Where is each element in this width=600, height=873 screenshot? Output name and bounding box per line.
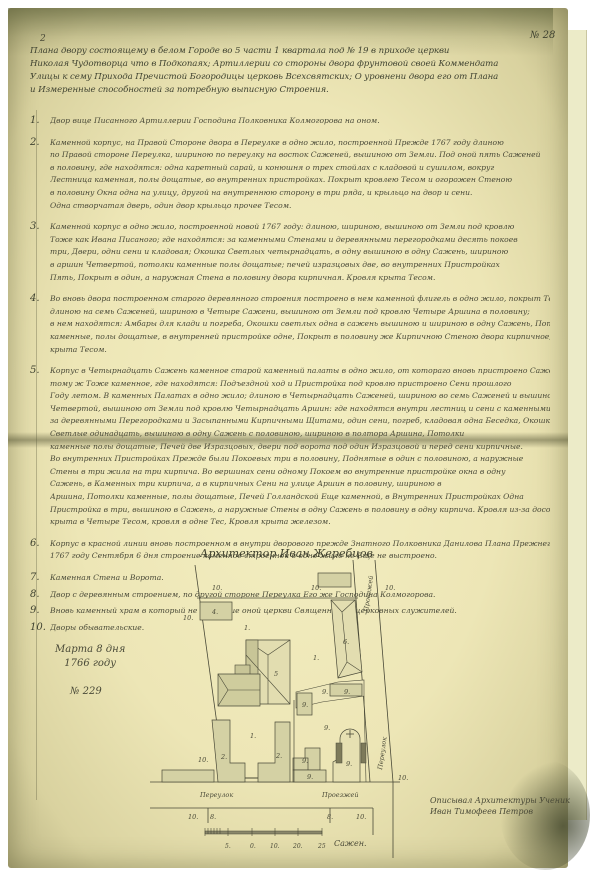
scale-tick-label: 10. (270, 843, 280, 850)
scale-unit-label: Сажен. (334, 839, 367, 848)
label-5: 5 (274, 670, 278, 678)
label-10: 10. (183, 614, 193, 622)
label-10: 10. (188, 813, 198, 821)
scale-bar (205, 831, 322, 834)
label-10: 10. (212, 584, 222, 592)
label-9: 9. (344, 688, 350, 696)
label-10: 10. (198, 756, 208, 764)
building-bottom-10 (162, 770, 214, 782)
label-1: 1. (244, 624, 250, 632)
alley-label: Переулок (199, 791, 233, 799)
scale-tick-label: 5. (225, 843, 231, 850)
site-plan: 4. 10. 10. 10. 10. 1. 1. 6. 5 1. 2. 2. 1… (0, 0, 600, 873)
label-10: 10. (385, 584, 395, 592)
label-9: 9. (302, 701, 308, 709)
scale-tick-label: 20. (292, 843, 303, 850)
building-2-right (258, 722, 290, 782)
label-10: 10. (311, 584, 321, 592)
label-1: 1. (250, 732, 256, 740)
passage-label-right: Проезжей (362, 575, 375, 613)
label-2: 2. (275, 752, 282, 760)
label-9: 9. (302, 757, 308, 765)
label-8: 8. (327, 813, 333, 821)
label-9: 9. (307, 773, 313, 781)
label-1: 1. (313, 654, 319, 662)
label-8: 8. (210, 813, 216, 821)
label-4: 4. (211, 608, 218, 616)
label-9: 9. (322, 688, 328, 696)
label-9: 9. (346, 760, 352, 768)
label-2: 2. (220, 753, 227, 761)
label-9: 9. (324, 724, 330, 732)
alley-label-right: Переулок (376, 736, 389, 771)
label-6: 6. (343, 638, 349, 646)
passage-label: Проезжей (321, 791, 359, 799)
building-top-10 (318, 573, 351, 587)
label-10: 10. (398, 774, 408, 782)
scale-tick-label: 25 (317, 843, 326, 850)
label-10: 10. (356, 813, 366, 821)
scale-tick-label: 0. (250, 843, 256, 850)
building-2-left (212, 720, 245, 782)
